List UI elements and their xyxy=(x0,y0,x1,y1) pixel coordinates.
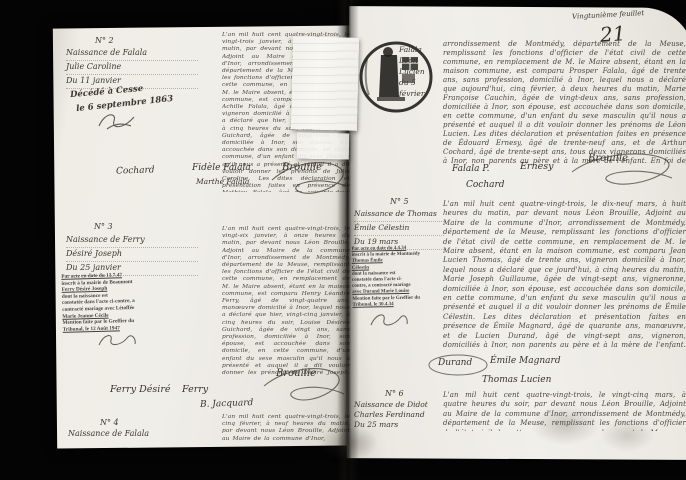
act6-body-text: L'an mil huit cent quatre-vingt-trois, l… xyxy=(443,391,686,431)
signature: Ferry xyxy=(182,384,208,395)
act6-margin-line: Naissance de Didot xyxy=(354,400,444,410)
signature: Ferry Désiré xyxy=(110,384,170,395)
act4-cont-margin-line: Lucien xyxy=(399,66,441,77)
signature-flourish xyxy=(426,352,490,378)
act4-margin-number: N° 4 xyxy=(100,418,119,427)
signature: Ernesy xyxy=(520,161,553,172)
act6-margin-line: Du 25 mars xyxy=(354,420,444,430)
act4-cont-margin-line: du 5 xyxy=(399,77,441,88)
signature: Thomas Lucien xyxy=(482,375,551,385)
act4-cont-margin-line: février xyxy=(399,88,441,99)
death-note-paraph xyxy=(95,110,137,132)
greffier-paraph xyxy=(366,310,410,332)
signature: Émile Magnard xyxy=(490,356,561,366)
greffier-paraph xyxy=(95,331,139,351)
act4-cont-margin-line: Léon xyxy=(399,55,441,66)
signature: Falala P. xyxy=(452,164,489,174)
signature: B. Jacquard xyxy=(200,398,254,410)
act2-margin-line: Naissance de Falala xyxy=(66,47,198,61)
register-scan: N° 2 Naissance de Falala Julie Caroline … xyxy=(0,0,686,480)
act3-body-text: L'an mil huit cent quatre-vingt-trois, l… xyxy=(222,226,350,376)
act4-margin-line: Naissance de Falala xyxy=(68,429,149,438)
signature-flourish xyxy=(258,362,348,408)
paper-slip xyxy=(291,36,359,131)
signature: Cochard xyxy=(466,180,505,190)
act6-margin-line: Charles Ferdinand xyxy=(354,410,444,420)
act3-margin-line: Désiré Joseph xyxy=(66,248,198,262)
act5-body-text: L'an mil huit cent quatre-vingt-trois, l… xyxy=(443,200,686,350)
act5-margin-line: Naissance de Thomas xyxy=(354,208,444,222)
signature: Cochard xyxy=(116,165,155,176)
act2-margin-line: Julie Caroline xyxy=(66,61,198,75)
act3-margin-line: Naissance de Ferry xyxy=(66,234,198,248)
signature: Marthe Falala xyxy=(196,177,249,186)
act4-body-text: L'an mil huit cent quatre-vingt-trois, l… xyxy=(222,414,350,444)
act3-margin-number: N° 3 xyxy=(94,222,113,231)
act4-cont-margin-line: Falala xyxy=(399,44,441,55)
act6-margin-number: N° 6 xyxy=(385,389,404,398)
act2-margin-number: N° 2 xyxy=(95,36,114,45)
act5-margin-line: Émile Célestin xyxy=(354,222,444,236)
act5-margin-number: N° 5 xyxy=(390,197,409,206)
signature: Fidèle Falala xyxy=(192,163,251,173)
signature-flourish xyxy=(566,148,676,192)
paper-slip-tail xyxy=(297,133,349,160)
